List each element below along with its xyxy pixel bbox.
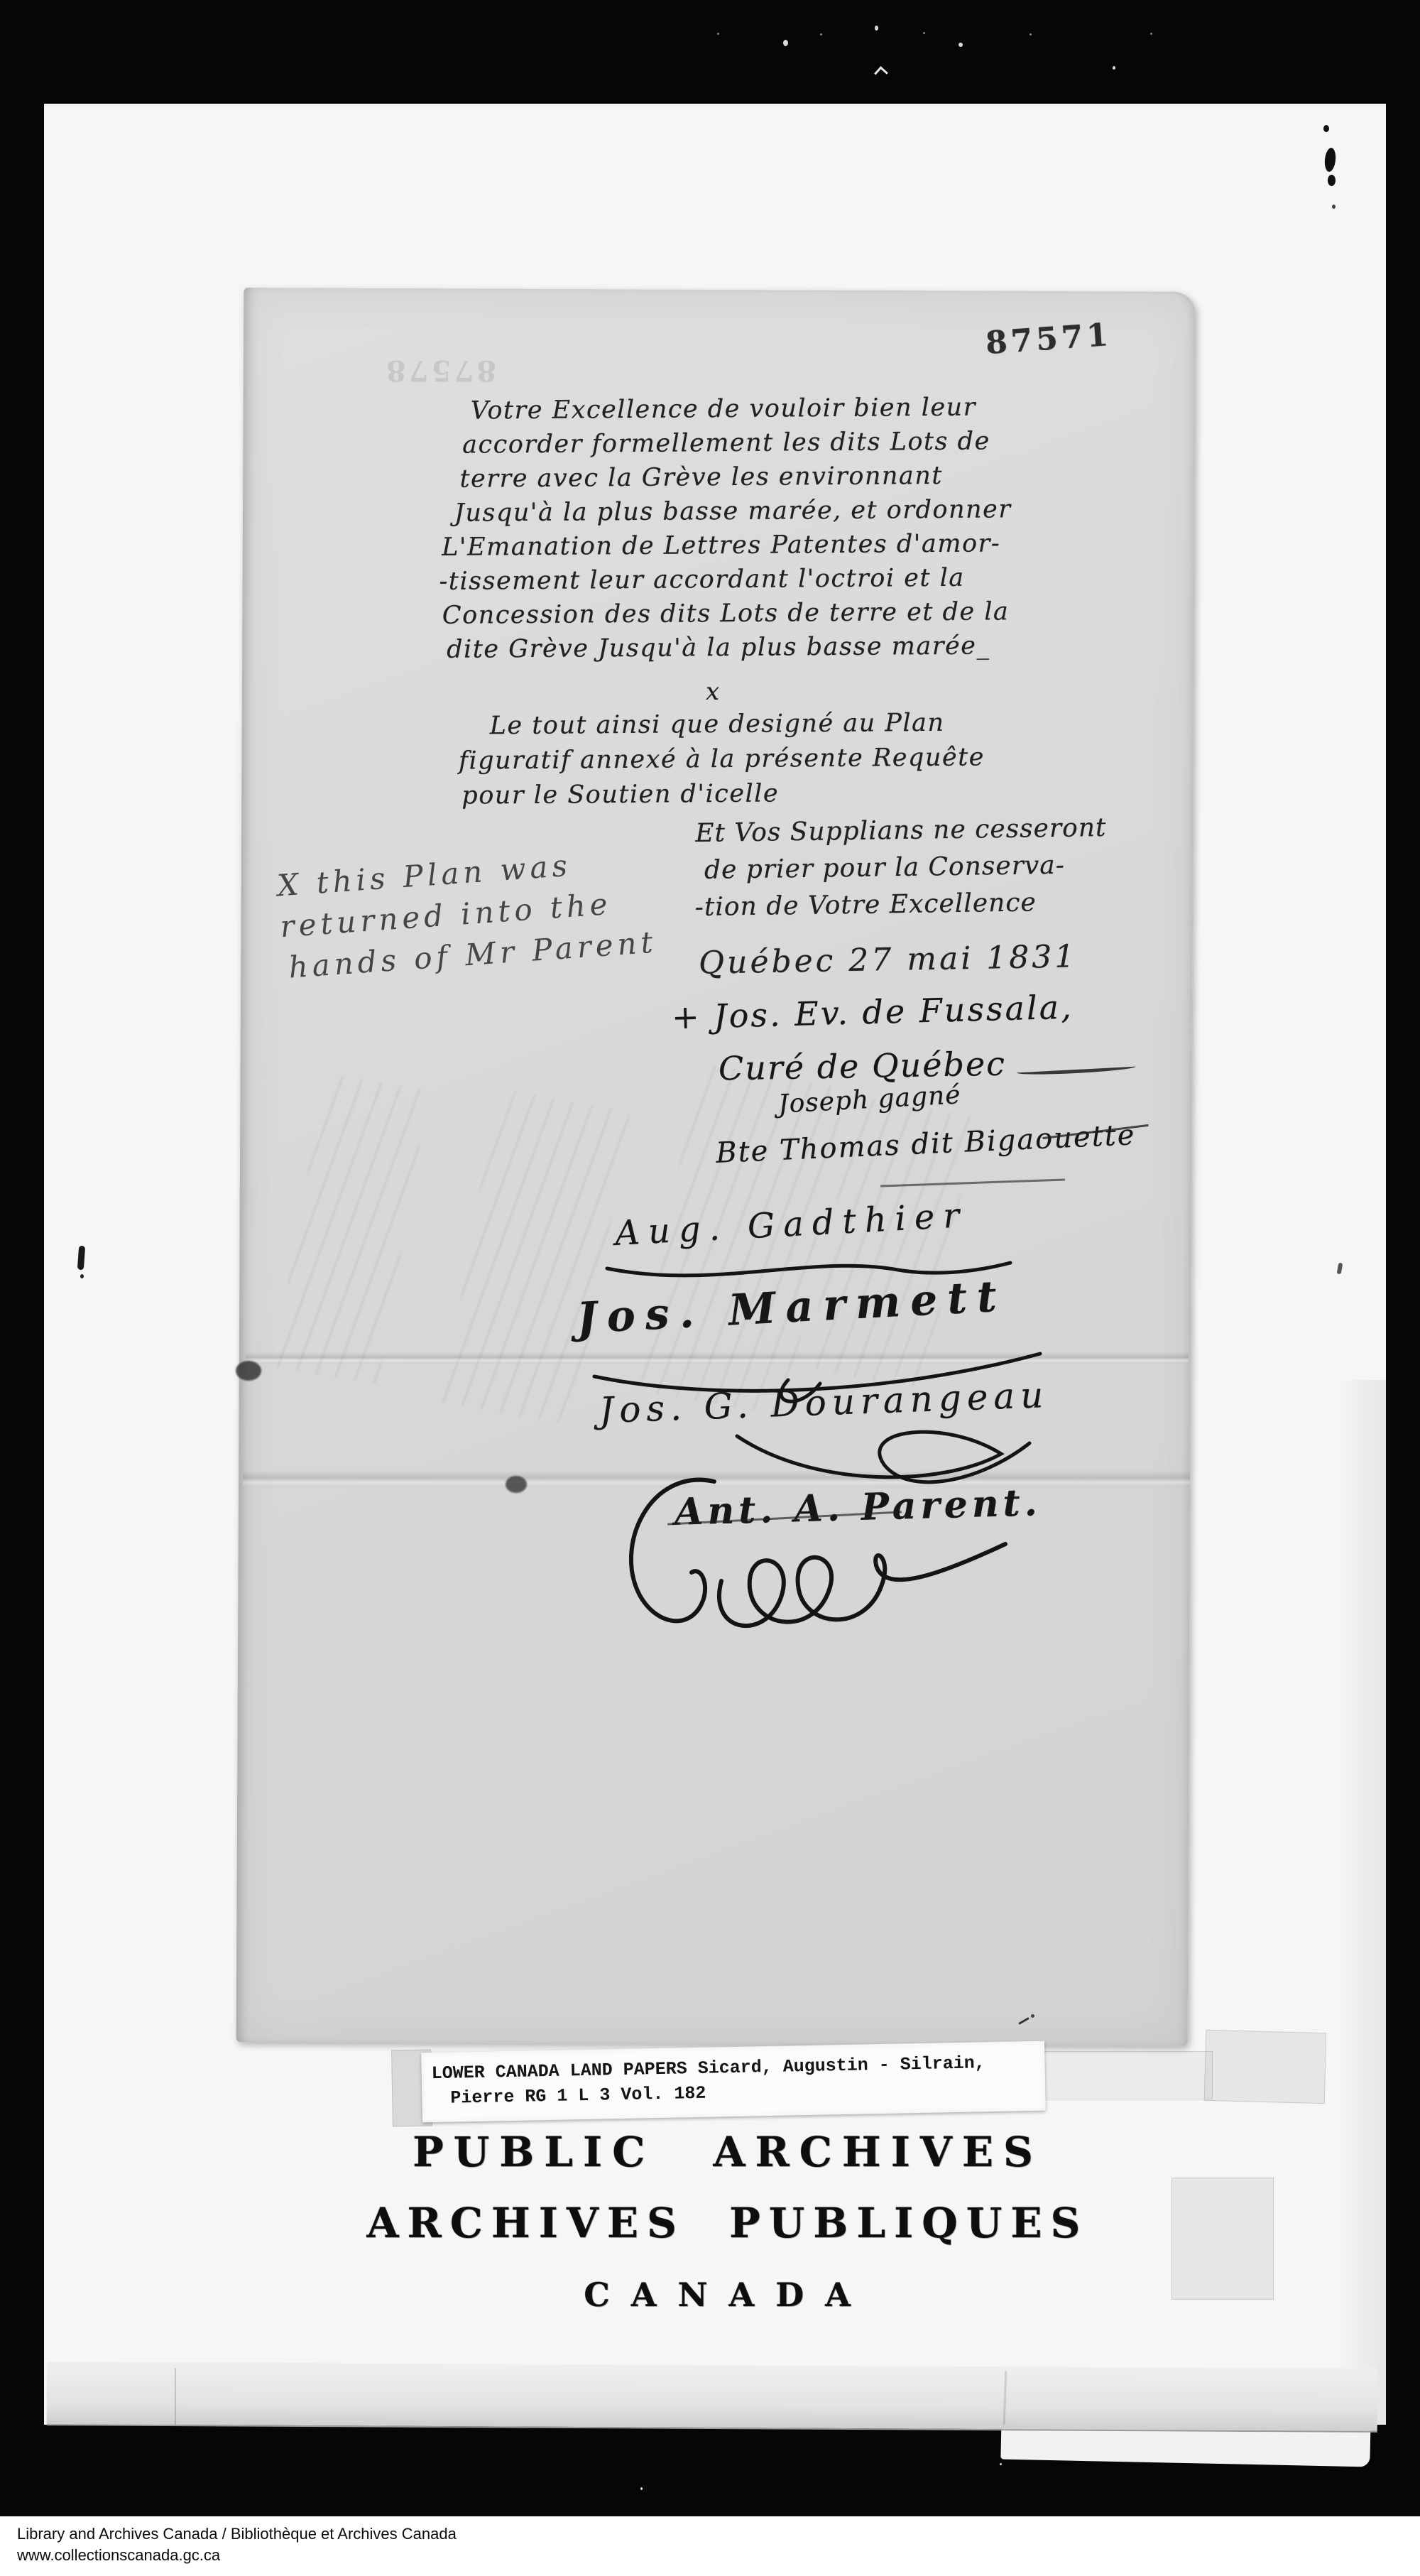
ink-smudge xyxy=(506,1476,527,1493)
manuscript-line: Le tout ainsi que designé au Plan xyxy=(489,705,984,744)
tape-piece xyxy=(1171,2178,1274,2300)
margin-note-english: X this Plan was returned into the hands … xyxy=(276,839,659,989)
bleedthrough-number-stamp: 87578 xyxy=(383,354,496,387)
manuscript-line: figuratif annexé à la présente Requête xyxy=(459,740,985,778)
page-edge-line xyxy=(175,2368,176,2425)
dust-speck xyxy=(820,33,822,36)
margin-ink-mark xyxy=(80,1274,84,1278)
signature-cure-title: Curé de Québec xyxy=(719,1044,1007,1087)
reference-label: LOWER CANADA LAND PAPERS Sicard, Augusti… xyxy=(421,2041,1046,2123)
dust-speck xyxy=(1150,33,1152,35)
manuscript-line: terre avec la Grève les environnant xyxy=(459,458,1011,496)
manuscript-line: -tissement leur accordant l'octroi et la xyxy=(439,560,1012,599)
tape-piece xyxy=(1204,2030,1327,2104)
petition-closing-paragraph: Et Vos Supplians ne cesseront de prier p… xyxy=(695,810,1108,926)
lac-footer: Library and Archives Canada / Bibliothèq… xyxy=(0,2516,1420,2576)
archives-stamp-line-canada: CANADA xyxy=(319,2276,1136,2314)
manuscript-line: Jusqu'à la plus basse marée, et ordonner xyxy=(454,492,1012,530)
scratch-mark xyxy=(874,66,888,80)
ink-blot xyxy=(1328,175,1336,186)
tape-piece xyxy=(1027,2051,1213,2099)
dust-speck xyxy=(1000,2463,1002,2465)
dust-speck xyxy=(717,33,719,35)
manuscript-line: accorder formellement les dits Lots de xyxy=(462,424,1011,462)
dust-speck xyxy=(1113,66,1115,70)
dust-speck xyxy=(640,2487,643,2490)
plan-reference-cross: x xyxy=(706,678,719,706)
pen-mark xyxy=(1031,2014,1034,2018)
petition-body-text: Votre Excellence de vouloir bien leur ac… xyxy=(458,390,1012,666)
manuscript-line: Votre Excellence de vouloir bien leur xyxy=(471,390,1011,428)
dust-speck xyxy=(923,32,925,34)
manuscript-line: Concession des dits Lots de terre et de … xyxy=(442,594,1012,633)
dateline: Québec 27 mai 1831 xyxy=(699,938,1078,981)
ink-blot xyxy=(1323,125,1329,132)
dust-speck xyxy=(958,43,963,47)
scan-bottom-edge xyxy=(47,2362,1377,2433)
dust-speck xyxy=(875,26,878,31)
archives-stamp-line-fr: ARCHIVES PUBLIQUES xyxy=(319,2199,1136,2247)
dust-speck xyxy=(783,40,788,46)
scanned-archive-page: 87571 87578 Votre Excellence de vouloir … xyxy=(0,0,1420,2576)
manuscript-line: dite Grève Jusqu'à la plus basse marée_ xyxy=(447,629,1012,667)
manuscript-line: -tion de Votre Excellence xyxy=(694,884,1108,926)
ink-blot xyxy=(1332,205,1336,209)
lac-footer-url: www.collectionscanada.gc.ca xyxy=(17,2546,220,2565)
manuscript-line: de prier pour la Conserva- xyxy=(704,847,1108,889)
manuscript-line: Et Vos Supplians ne cesseront xyxy=(695,810,1107,852)
lac-footer-title: Library and Archives Canada / Bibliothèq… xyxy=(17,2525,457,2543)
manuscript-line: L'Emanation de Lettres Patentes d'amor- xyxy=(442,526,1012,565)
manuscript-line: pour le Soutien d'icelle xyxy=(461,775,985,813)
signature-flourish xyxy=(608,1460,1062,1645)
petition-plan-paragraph: Le tout ainsi que designé au Plan figura… xyxy=(458,705,985,813)
ink-smudge xyxy=(236,1361,261,1381)
dust-speck xyxy=(1029,33,1032,36)
archives-stamp-line-en: PUBLIC ARCHIVES xyxy=(319,2128,1136,2176)
